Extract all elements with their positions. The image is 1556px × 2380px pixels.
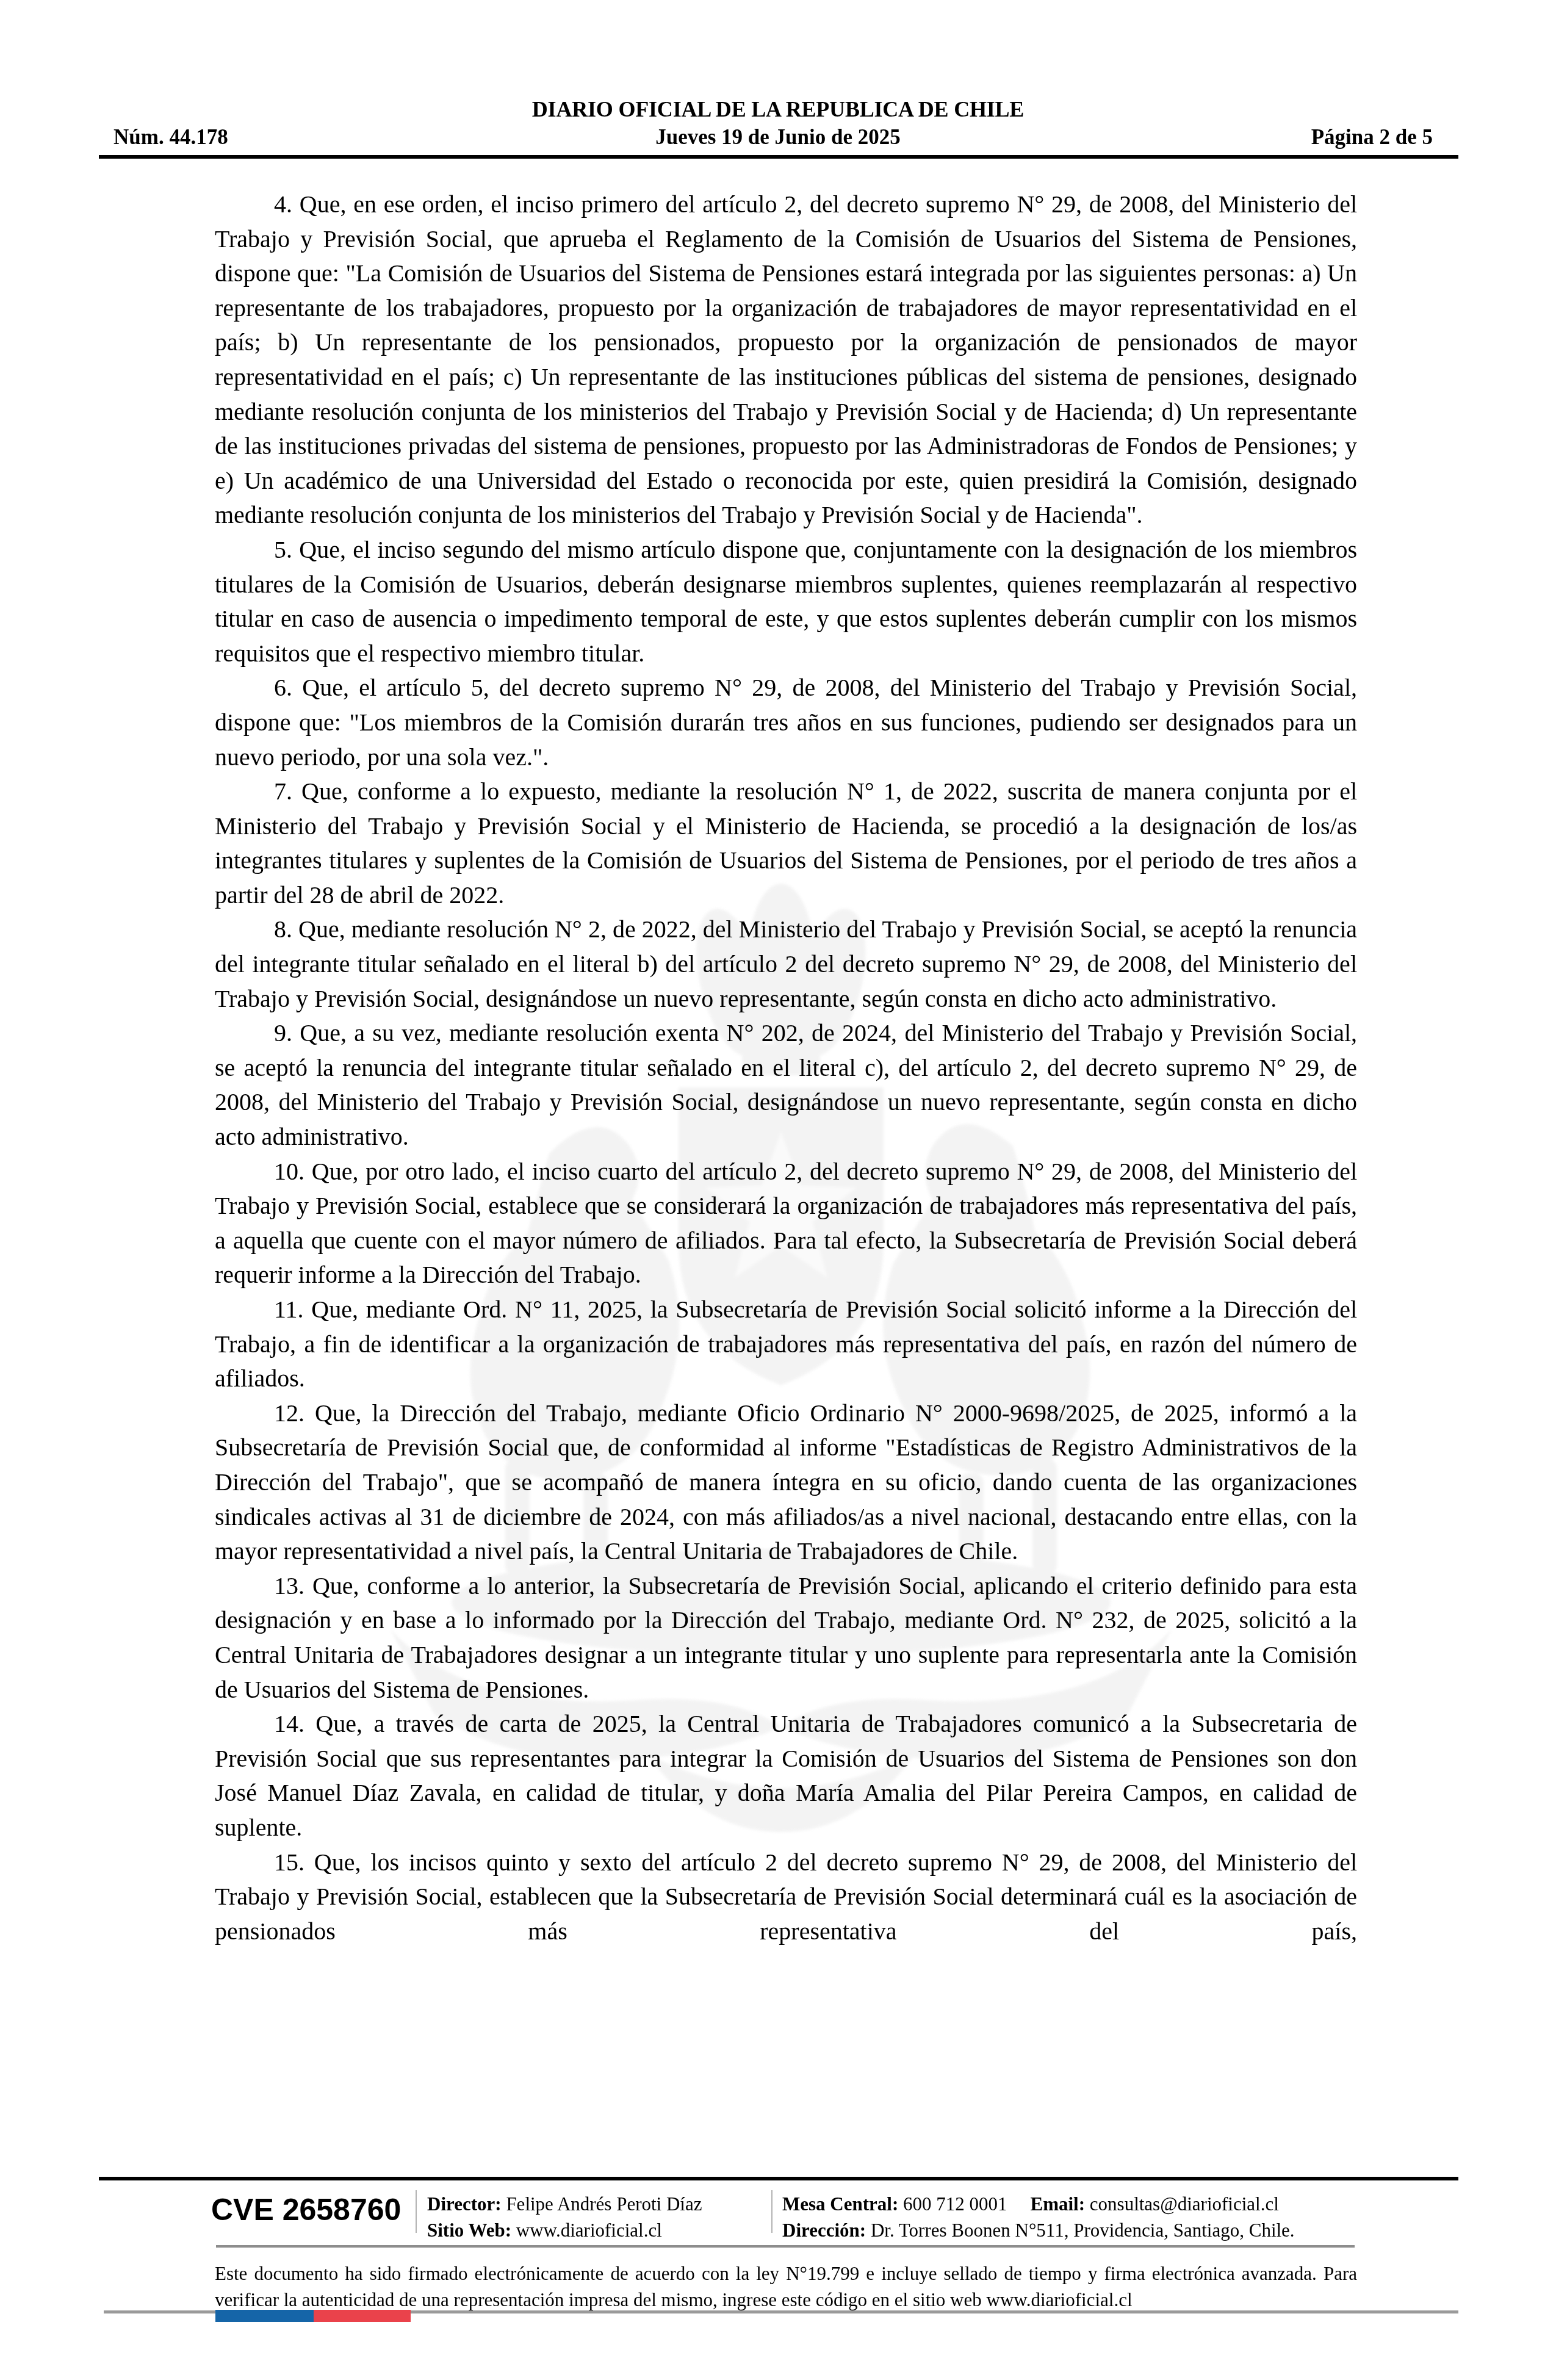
direccion-label: Dirección: bbox=[782, 2220, 866, 2241]
mesa-central-line: Mesa Central: 600 712 0001Email: consult… bbox=[782, 2191, 1295, 2217]
body-paragraph-7: 7. Que, conforme a lo expuesto, mediante… bbox=[215, 774, 1357, 912]
footer-divider bbox=[771, 2190, 773, 2233]
body-paragraph-15: 15. Que, los incisos quinto y sexto del … bbox=[215, 1845, 1357, 1949]
document-body: 4. Que, en ese orden, el inciso primero … bbox=[215, 187, 1357, 1949]
page-indicator: Página 2 de 5 bbox=[1311, 125, 1433, 150]
footer-divider bbox=[416, 2190, 417, 2233]
sitio-web-label: Sitio Web: bbox=[427, 2220, 511, 2241]
masthead-title: DIARIO OFICIAL DE LA REPUBLICA DE CHILE bbox=[0, 96, 1556, 122]
email-label: Email: bbox=[1031, 2193, 1086, 2215]
director-line: Director: Felipe Andrés Peroti Díaz bbox=[427, 2191, 702, 2217]
sitio-web-line: Sitio Web: www.diarioficial.cl bbox=[427, 2217, 702, 2243]
mesa-central-value: 600 712 0001 bbox=[898, 2193, 1007, 2215]
body-paragraph-11: 11. Que, mediante Ord. N° 11, 2025, la S… bbox=[215, 1293, 1357, 1396]
footer-gray-rule bbox=[216, 2245, 1355, 2248]
flag-red-stripe bbox=[314, 2310, 411, 2322]
body-paragraph-13: 13. Que, conforme a lo anterior, la Subs… bbox=[215, 1569, 1357, 1707]
cve-code: CVE 2658760 bbox=[211, 2192, 401, 2227]
mesa-central-label: Mesa Central: bbox=[782, 2193, 898, 2215]
body-paragraph-10: 10. Que, por otro lado, el inciso cuarto… bbox=[215, 1155, 1357, 1293]
director-value: Felipe Andrés Peroti Díaz bbox=[502, 2193, 702, 2215]
header-meta-row: Núm. 44.178 Jueves 19 de Junio de 2025 P… bbox=[0, 125, 1556, 152]
body-paragraph-12: 12. Que, la Dirección del Trabajo, media… bbox=[215, 1396, 1357, 1569]
flag-blue-stripe bbox=[215, 2310, 314, 2322]
footer-publisher-info: Director: Felipe Andrés Peroti Díaz Siti… bbox=[427, 2191, 702, 2243]
email-pair: Email: consultas@diarioficial.cl bbox=[1031, 2193, 1279, 2215]
direccion-value: Dr. Torres Boonen N°511, Providencia, Sa… bbox=[866, 2220, 1294, 2241]
director-label: Director: bbox=[427, 2193, 502, 2215]
email-value: consultas@diarioficial.cl bbox=[1085, 2193, 1279, 2215]
footer-contact-info: Mesa Central: 600 712 0001Email: consult… bbox=[782, 2191, 1295, 2243]
signature-disclaimer: Este documento ha sido firmado electróni… bbox=[215, 2260, 1357, 2313]
document-page: DIARIO OFICIAL DE LA REPUBLICA DE CHILE … bbox=[0, 0, 1556, 2380]
sitio-web-value: www.diarioficial.cl bbox=[511, 2220, 662, 2241]
body-paragraph-6: 6. Que, el artículo 5, del decreto supre… bbox=[215, 671, 1357, 774]
direccion-line: Dirección: Dr. Torres Boonen N°511, Prov… bbox=[782, 2217, 1295, 2243]
header-rule bbox=[99, 155, 1458, 159]
footer-rule bbox=[99, 2177, 1458, 2180]
body-paragraph-4: 4. Que, en ese orden, el inciso primero … bbox=[215, 187, 1357, 533]
body-paragraph-5: 5. Que, el inciso segundo del mismo artí… bbox=[215, 533, 1357, 671]
body-paragraph-9: 9. Que, a su vez, mediante resolución ex… bbox=[215, 1016, 1357, 1154]
body-paragraph-14: 14. Que, a través de carta de 2025, la C… bbox=[215, 1707, 1357, 1845]
body-paragraph-8: 8. Que, mediante resolución N° 2, de 202… bbox=[215, 912, 1357, 1016]
chile-flag-bar bbox=[215, 2310, 411, 2322]
